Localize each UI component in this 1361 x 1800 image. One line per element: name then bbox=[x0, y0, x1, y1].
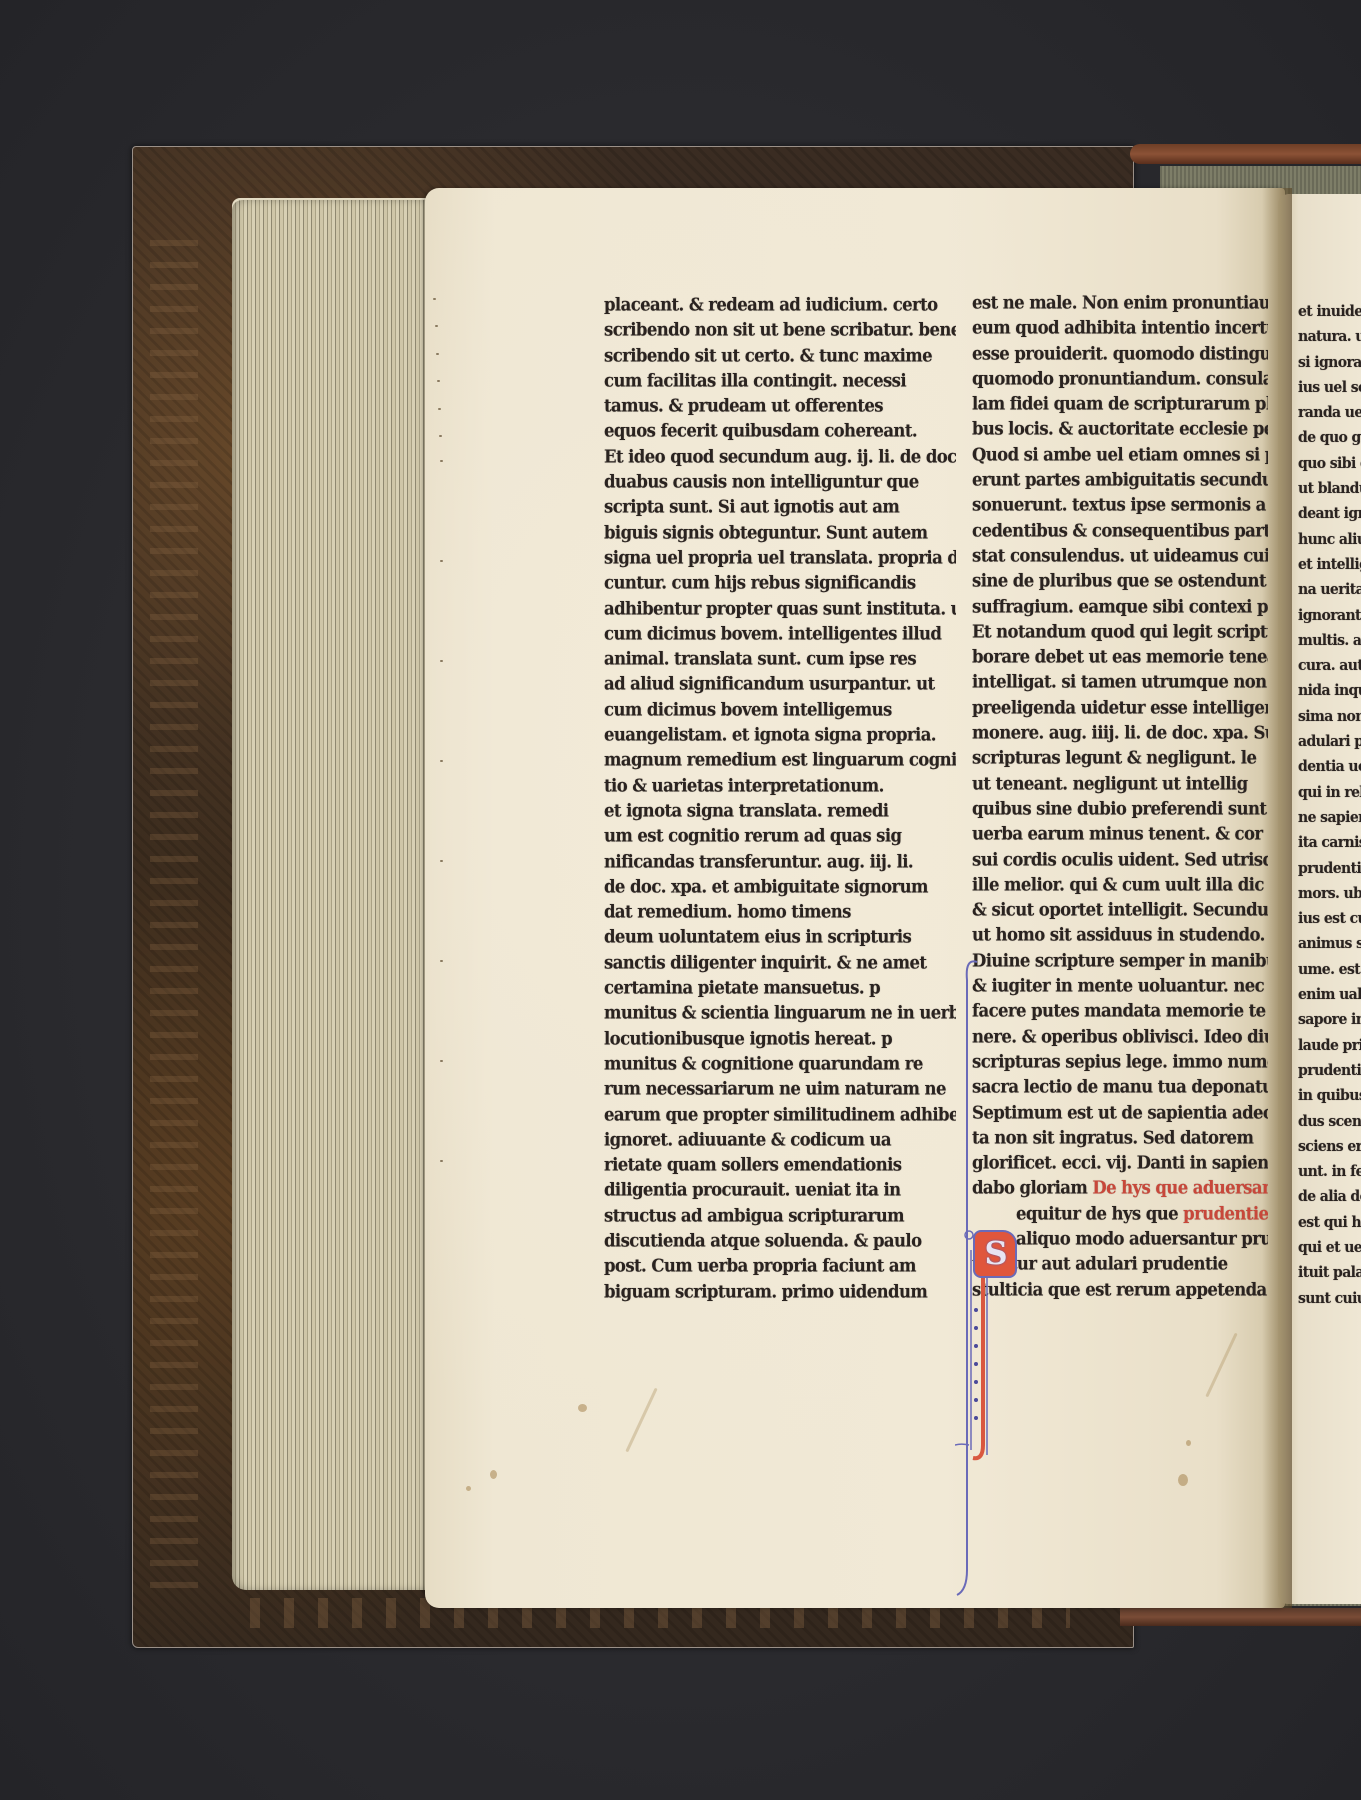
text-line: munitus & scientia linguarum ne in uerbi… bbox=[604, 1000, 956, 1027]
water-stain bbox=[1186, 1440, 1191, 1446]
text-line: et inuidendam bbox=[1298, 300, 1361, 326]
text-line: intelligat. si tamen utrumque non potest bbox=[972, 669, 1268, 696]
text-line: glorificet. ecci. vij. Danti in sapienti… bbox=[972, 1149, 1268, 1176]
text-line: structus ad ambigua scripturarum bbox=[604, 1202, 956, 1229]
text-line: si ignorant bbox=[1298, 350, 1361, 377]
pricking-mark bbox=[436, 353, 439, 355]
text-line: ume. est uo bbox=[1298, 957, 1361, 984]
text-line: cum dicimus bovem. intelligentes illud bbox=[604, 620, 956, 647]
text-line: scripturas sepius lege. immo numquam bbox=[972, 1048, 1268, 1075]
text-line: sapore inv bbox=[1298, 1008, 1361, 1035]
binding-strap-bottom bbox=[1120, 1608, 1361, 1626]
text-line: ad aliud significandum usurpantur. ut bbox=[604, 671, 956, 698]
rubric-continuation: prudentie bbox=[1183, 1203, 1268, 1223]
decorated-initial-letter: S bbox=[983, 1234, 1009, 1272]
text-line: sanctis diligenter inquirit. & ne amet bbox=[604, 949, 956, 976]
text-line: qui et ueru bbox=[1298, 1235, 1361, 1262]
blind-tooled-border-left bbox=[150, 240, 198, 1590]
text-line: um est cognitio rerum ad quas sig bbox=[604, 823, 956, 850]
binding-strap-top bbox=[1130, 144, 1361, 164]
text-line: borare debet ut eas memorie teneat bbox=[972, 644, 1268, 671]
text-line: deum uoluntatem eius in scripturis bbox=[604, 924, 956, 951]
text-line: discutienda atque soluenda. & paulo bbox=[604, 1227, 956, 1254]
text-line: cum dicimus bovem intelligemus bbox=[604, 696, 956, 723]
text-line: Quod si ambe uel etiam omnes si plures bbox=[972, 441, 1268, 468]
text-line: cuntur. cum hijs rebus significandis bbox=[604, 570, 956, 597]
text-line: scribendo non sit ut bene scribatur. ben… bbox=[604, 317, 956, 344]
text-line: et ignota signa translata. remedi bbox=[604, 797, 956, 824]
text-line: enim uallt bbox=[1298, 982, 1361, 1009]
text-line: randa uel bbox=[1298, 401, 1361, 428]
fore-edge-leaves bbox=[232, 200, 432, 1590]
text-line: signa uel propria uel translata. propria… bbox=[604, 544, 956, 571]
text-line: ius est cum bbox=[1298, 906, 1361, 933]
text-line: dat remedium. homo timens bbox=[604, 898, 956, 925]
text-line: ituit palat bbox=[1298, 1261, 1361, 1288]
text-line: scribendo sit ut certo. & tunc maxime bbox=[604, 342, 956, 369]
text-column-b: est ne male. Non enim pronuntiauimus eum… bbox=[972, 290, 1268, 1302]
text-line: magnum remedium est linguarum cogni bbox=[604, 747, 956, 774]
water-stain bbox=[1178, 1474, 1188, 1486]
text-line: nificandas transferuntur. aug. iij. li. bbox=[604, 848, 956, 875]
text-line: sunt cuiu bbox=[1298, 1286, 1361, 1312]
text-line: biguis signis obteguntur. Sunt autem bbox=[604, 519, 956, 546]
text-line: preeligenda uidetur esse intelligentia bbox=[972, 694, 1268, 721]
text-line: uerba earum minus tenent. & cor bbox=[972, 821, 1268, 848]
text-line: sui cordis oculis uident. Sed utrisque bbox=[972, 846, 1268, 873]
text-line: suffragium. eamque sibi contexi patiatur… bbox=[972, 593, 1268, 620]
rubric-heading: De hys que aduersantur bbox=[1092, 1178, 1268, 1198]
text-line: stulticia que est rerum appetenda bbox=[972, 1276, 1268, 1302]
text-line: eum quod adhibita intentio incertum bbox=[972, 315, 1268, 342]
text-line: sciens eruder bbox=[1298, 1134, 1361, 1161]
text-line: Et ideo quod secundum aug. ij. li. de do… bbox=[604, 443, 956, 470]
text-line: cura. aut d bbox=[1298, 654, 1361, 681]
text-line: ne sapientia bbox=[1298, 805, 1361, 832]
text-line: sima non h bbox=[1298, 704, 1361, 731]
text-line: ignoret. adiuuante & codicum ua bbox=[604, 1126, 956, 1153]
text-line: in quibus. eliu bbox=[1298, 1084, 1361, 1111]
text-line: ille melior. qui & cum uult illa dic bbox=[972, 871, 1268, 898]
text-line-body: equitur de hys que bbox=[1016, 1203, 1178, 1223]
pricking-mark bbox=[440, 560, 443, 562]
text-line: nida inqui bbox=[1298, 679, 1361, 706]
text-line: sacra lectio de manu tua deponatur. bbox=[972, 1074, 1268, 1101]
text-line: ita carnis bbox=[1298, 831, 1361, 858]
text-line: euangelistam. et ignota signa propria. bbox=[604, 721, 956, 748]
pricking-mark bbox=[438, 408, 441, 410]
text-line: munitus & cognitione quarundam re bbox=[604, 1050, 956, 1077]
text-line: Diuine scripture semper in manibus bbox=[972, 947, 1268, 974]
text-line: rum necessariarum ne uim naturam ne bbox=[604, 1076, 956, 1103]
text-line: uidetur aut adulari prudentie bbox=[972, 1251, 1268, 1278]
text-line: et intelliger bbox=[1298, 552, 1361, 579]
pricking-mark bbox=[437, 380, 440, 382]
text-line: scripta sunt. Si aut ignotis aut am bbox=[604, 494, 956, 521]
text-line: na ueritati bbox=[1298, 578, 1361, 605]
text-line: prudenti est bbox=[1298, 1058, 1361, 1085]
text-line: stat consulendus. ut uideamus cui bbox=[972, 542, 1268, 569]
text-line: ignorantia bbox=[1298, 603, 1361, 630]
text-column-recto: et inuidendam natura. ut si ignorant ius… bbox=[1298, 300, 1361, 1312]
text-line: natura. ut bbox=[1298, 325, 1361, 352]
text-line: de quo grad bbox=[1298, 426, 1361, 453]
text-line: qui in rebus bbox=[1298, 780, 1361, 807]
text-line: & iugiter in mente uoluantur. nec suffic… bbox=[972, 972, 1268, 999]
text-line: sine de pluribus que se ostendunt fa bbox=[972, 568, 1268, 595]
text-line: locutionibusque ignotis hereat. p bbox=[604, 1025, 956, 1052]
text-line: equitur de hys que prudentie bbox=[972, 1200, 1268, 1227]
pricking-mark bbox=[433, 298, 436, 300]
text-line: scripturas legunt & negligunt. le bbox=[972, 745, 1268, 772]
text-line: cedentibus & consequentibus partibus bbox=[972, 517, 1268, 544]
text-line: diligentia procurauit. ueniat ita in bbox=[604, 1177, 956, 1204]
pricking-mark bbox=[440, 1060, 443, 1062]
text-line: multis. ami bbox=[1298, 628, 1361, 655]
text-line: adhibentur propter quas sunt instituta. … bbox=[604, 595, 956, 622]
pricking-mark bbox=[440, 660, 443, 662]
text-line: bus locis. & auctoritate ecclesie perce bbox=[972, 416, 1268, 443]
text-line: ut blandum bbox=[1298, 476, 1361, 503]
text-line: monere. aug. iiij. li. de doc. xpa. Sunt bbox=[972, 719, 1268, 746]
text-line: sonuerunt. textus ipse sermonis a pre bbox=[972, 492, 1268, 519]
text-line: Septimum est ut de sapientia adeo bbox=[972, 1099, 1268, 1126]
pricking-mark bbox=[435, 325, 438, 327]
text-line: equos fecerit quibusdam cohereant. bbox=[604, 418, 956, 445]
text-line: nere. & operibus oblivisci. Ideo diuinas bbox=[972, 1023, 1268, 1050]
text-line: quibus sine dubio preferendi sunt bbox=[972, 795, 1268, 822]
text-line: certamina pietate mansuetus. p bbox=[604, 974, 956, 1001]
rubric-line: dabo gloriam De hys que aduersantur bbox=[972, 1175, 1268, 1202]
text-line: deant ignor bbox=[1298, 502, 1361, 529]
text-line: hunc aliud bbox=[1298, 527, 1361, 554]
text-line: unt. in felix bbox=[1298, 1159, 1361, 1186]
text-line: ut homo sit assiduus in studendo. Ier. bbox=[972, 922, 1268, 949]
text-line: quomodo pronuntiandum. consulat regu bbox=[972, 365, 1268, 392]
text-line: est ne male. Non enim pronuntiauimus bbox=[972, 290, 1268, 316]
text-line: earum que propter similitudinem adhibent… bbox=[604, 1101, 956, 1128]
pricking-mark bbox=[440, 760, 443, 762]
text-line: ius uel scien bbox=[1298, 375, 1361, 402]
text-line: de doc. xpa. et ambiguitate signorum bbox=[604, 873, 956, 900]
text-line: est qui ho bbox=[1298, 1210, 1361, 1237]
text-line: quo sibi de bbox=[1298, 451, 1361, 478]
text-line: biguam scripturam. primo uidendum bbox=[604, 1278, 956, 1304]
text-line: post. Cum uerba propria faciunt am bbox=[604, 1253, 956, 1280]
text-line: erunt partes ambiguitatis secundum fidem bbox=[972, 466, 1268, 493]
text-line: facere putes mandata memorie te bbox=[972, 998, 1268, 1025]
text-line: mors. ubi bbox=[1298, 881, 1361, 908]
text-line: animal. translata sunt. cum ipse res bbox=[604, 646, 956, 673]
pricking-mark bbox=[439, 435, 442, 437]
text-line: dus scendit bbox=[1298, 1109, 1361, 1136]
text-line: ta non sit ingratus. Sed datorem bbox=[972, 1124, 1268, 1151]
text-line: laude pri bbox=[1298, 1033, 1361, 1060]
text-column-a: placeant. & redeam ad iudicium. certo sc… bbox=[604, 292, 956, 1304]
text-line: rietate quam sollers emendationis bbox=[604, 1151, 956, 1178]
manuscript-photograph: placeant. & redeam ad iudicium. certo sc… bbox=[0, 0, 1361, 1800]
ink-stain bbox=[466, 1486, 471, 1491]
ink-stain bbox=[578, 1404, 587, 1412]
pricking-mark bbox=[440, 1160, 443, 1162]
text-line: placeant. & redeam ad iudicium. certo bbox=[604, 292, 956, 318]
text-line: & sicut oportet intelligit. Secundum est bbox=[972, 896, 1268, 923]
text-line: lam fidei quam de scripturarum planiori bbox=[972, 391, 1268, 418]
text-line: esse prouiderit. quomodo distinguendum. … bbox=[972, 340, 1268, 367]
text-line: adulari pru bbox=[1298, 729, 1361, 756]
text-line: aliquo modo aduersantur prudentie bbox=[972, 1225, 1268, 1252]
ink-stain bbox=[490, 1470, 497, 1479]
pricking-mark bbox=[440, 860, 443, 862]
text-line: prudentia bbox=[1298, 856, 1361, 883]
text-line: dentia uel bbox=[1298, 755, 1361, 782]
text-line: ut teneant. negligunt ut intellig bbox=[972, 770, 1268, 797]
pricking-mark bbox=[440, 960, 443, 962]
text-line: de alia de bbox=[1298, 1185, 1361, 1212]
text-line: duabus causis non intelliguntur que bbox=[604, 468, 956, 495]
text-line: cum facilitas illa contingit. necessi bbox=[604, 367, 956, 394]
pricking-mark bbox=[440, 460, 443, 462]
text-line: tamus. & prudeam ut offerentes bbox=[604, 393, 956, 420]
text-line: animus sunt bbox=[1298, 932, 1361, 959]
text-line: Et notandum quod qui legit scripturas bbox=[972, 618, 1268, 645]
text-line: tio & uarietas interpretationum. bbox=[604, 772, 956, 799]
